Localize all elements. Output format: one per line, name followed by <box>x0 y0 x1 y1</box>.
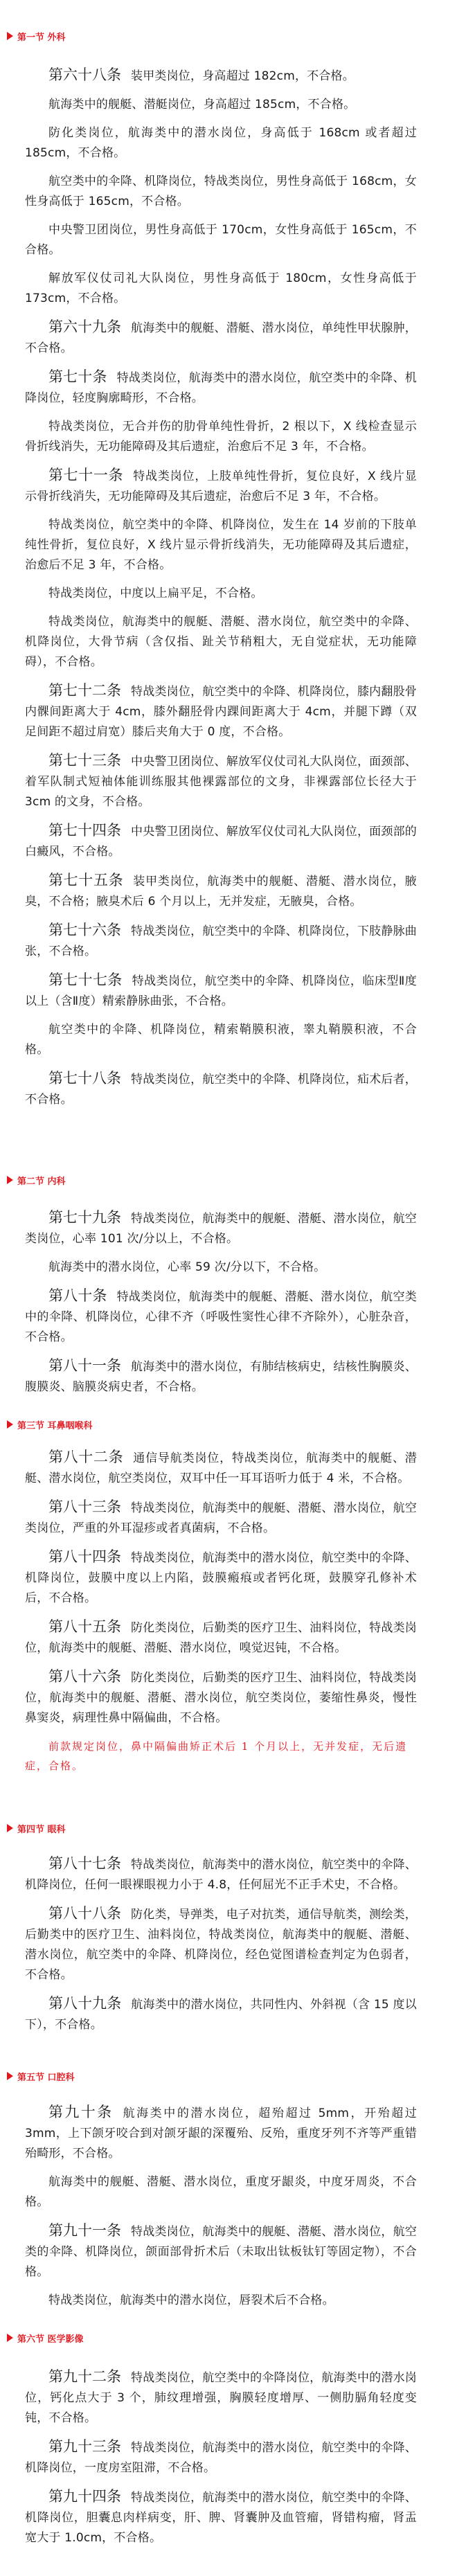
highlighted-note: 前款规定岗位，鼻中隔偏曲矫正术后 1 个月以上，无并发症，无后遗症，合格。 <box>25 1737 417 1776</box>
article-paragraph: 第八十八条防化类，导弹类，电子对抗类，通信导航类，测绘类，后勤类中的医疗卫生、油… <box>25 1904 417 1985</box>
article-number: 第八十七条 <box>48 1855 121 1872</box>
clause-text: 航海类中的潜水岗位，心率 59 次/分以下，不合格。 <box>48 1260 325 1274</box>
article-number: 第八十八条 <box>48 1905 121 1922</box>
article-number: 第八十条 <box>48 1287 107 1304</box>
section-heading: 第一节 外科 <box>7 29 66 43</box>
section-body: 第七十九条特战类岗位，航海类中的舰艇、潜艇、潜水岗位，航空类岗位，心率 101 … <box>25 1208 417 1406</box>
article-paragraph: 第八十条特战类岗位，航海类中的舰艇、潜艇、潜水岗位，航空类中的伞降、机降岗位，心… <box>25 1286 417 1348</box>
section-body: 第九十条航海类中的潜水岗位，超殆超过 5mm，开殆超过 3mm，上下颌牙咬合到对… <box>25 2102 417 2319</box>
clause-paragraph: 航海类中的舰艇、潜艇、潜水岗位，重度牙龈炎，中度牙周炎，不合格。 <box>25 2172 417 2212</box>
article-number: 第七十七条 <box>48 972 123 988</box>
article-number: 第七十五条 <box>48 872 123 888</box>
article-paragraph: 第六十八条装甲类岗位，身高超过 182cm，不合格。 <box>25 65 417 87</box>
article-paragraph: 第九十二条特战类岗位，航空类中的伞降岗位，航海类中的潜水岗位，钙化点大于 3 个… <box>25 2367 417 2429</box>
article-number: 第九十三条 <box>48 2438 121 2455</box>
triangle-bullet-icon <box>7 1824 13 1832</box>
article-paragraph: 第七十一条特战类岗位，上肢单纯性骨折，复位良好，X 线片显示骨折线消失，无功能障… <box>25 465 417 507</box>
section-body: 第六十八条装甲类岗位，身高超过 182cm，不合格。航海类中的舰艇、潜艇岗位，身… <box>25 65 417 1118</box>
article-paragraph: 第七十条特战类岗位，航海类中的潜水岗位，航空类中的伞降、机降岗位，轻度胸廓畸形，… <box>25 367 417 409</box>
clause-paragraph: 特战类岗位，无合并伤的肋骨单纯性骨折，2 根以下，X 线检查显示骨折线消失，无功… <box>25 417 417 457</box>
section-heading: 第二节 内科 <box>7 1173 66 1187</box>
article-number: 第七十八条 <box>48 1070 121 1086</box>
article-paragraph: 第七十三条中央警卫团岗位、解放军仪仗司礼大队岗位，面颈部、着军队制式短袖体能训练… <box>25 751 417 812</box>
article-paragraph: 第七十六条特战类岗位，航空类中的伞降、机降岗位，下肢静脉曲张，不合格。 <box>25 920 417 962</box>
triangle-bullet-icon <box>7 2334 13 2342</box>
triangle-bullet-icon <box>7 1420 13 1429</box>
article-number: 第八十一条 <box>48 1357 121 1374</box>
clause-text: 航空类中的伞降、机降岗位，特战类岗位，男性身高低于 168cm，女性身高低于 1… <box>25 175 417 208</box>
clause-paragraph: 解放军仪仗司礼大队岗位，男性身高低于 180cm，女性身高低于 173cm，不合… <box>25 269 417 309</box>
clause-text: 航海类中的舰艇、潜艇、潜水岗位，重度牙龈炎，中度牙周炎，不合格。 <box>25 2175 417 2209</box>
article-number: 第八十四条 <box>48 1548 121 1565</box>
clause-text: 特战类岗位，无合并伤的肋骨单纯性骨折，2 根以下，X 线检查显示骨折线消失，无功… <box>25 420 417 454</box>
section-heading: 第六节 医学影像 <box>7 2331 84 2345</box>
clause-text: 解放军仪仗司礼大队岗位，男性身高低于 180cm，女性身高低于 173cm，不合… <box>25 271 417 305</box>
article-paragraph: 第八十七条特战类岗位，航海类中的潜水岗位，航空类中的伞降、机降岗位，任何一眼裸眼… <box>25 1854 417 1895</box>
section-title: 第二节 内科 <box>17 1174 66 1187</box>
article-paragraph: 第八十三条特战类岗位，航海类中的舰艇、潜艇、潜水岗位，航空类岗位，严重的外耳湿疹… <box>25 1497 417 1539</box>
section-body: 第八十二条通信导航类岗位，特战类岗位，航海类中的舰艇、潜艇、潜水岗位，航空类岗位… <box>25 1447 417 1776</box>
clause-text: 中央警卫团岗位，男性身高低于 170cm，女性身高低于 165cm，不合格。 <box>25 223 417 257</box>
clause-text: 特战类岗位，航海类中的舰艇、潜艇、潜水岗位，航空类中的伞降、机降岗位，大骨节病（… <box>25 615 417 669</box>
article-number: 第七十六条 <box>48 922 121 938</box>
clause-paragraph: 特战类岗位，中度以上扁平足，不合格。 <box>25 584 417 604</box>
section-heading: 第四节 眼科 <box>7 1821 66 1835</box>
clause-paragraph: 特战类岗位，航海类中的舰艇、潜艇、潜水岗位，航空类中的伞降、机降岗位，大骨节病（… <box>25 612 417 672</box>
article-number: 第九十二条 <box>48 2368 121 2385</box>
article-number: 第九十条 <box>48 2104 114 2120</box>
article-paragraph: 第七十九条特战类岗位，航海类中的舰艇、潜艇、潜水岗位，航空类岗位，心率 101 … <box>25 1208 417 1249</box>
clause-paragraph: 航空类中的伞降、机降岗位，精索鞘膜积液，睾丸鞘膜积液，不合格。 <box>25 1020 417 1060</box>
section-title: 第六节 医学影像 <box>17 2332 84 2345</box>
article-number: 第七十二条 <box>48 682 121 699</box>
article-number: 第八十九条 <box>48 1995 121 2012</box>
article-paragraph: 第九十一条特战类岗位，航海类中的舰艇、潜艇、潜水岗位，航空类的伞降、机降岗位，颌… <box>25 2221 417 2282</box>
section-body: 第九十二条特战类岗位，航空类中的伞降岗位，航海类中的潜水岗位，钙化点大于 3 个… <box>25 2367 417 2557</box>
clause-text: 航空类中的伞降、机降岗位，精索鞘膜积液，睾丸鞘膜积液，不合格。 <box>25 1023 417 1057</box>
article-paragraph: 第八十一条航海类中的潜水岗位，有肺结核病史，结核性胸膜炎、腹膜炎、脑膜炎病史者，… <box>25 1356 417 1397</box>
clause-paragraph: 航空类中的伞降、机降岗位，特战类岗位，男性身高低于 168cm，女性身高低于 1… <box>25 172 417 212</box>
article-number: 第六十八条 <box>48 66 121 83</box>
article-paragraph: 第九十条航海类中的潜水岗位，超殆超过 5mm，开殆超过 3mm，上下颌牙咬合到对… <box>25 2102 417 2164</box>
section-title: 第一节 外科 <box>17 30 66 43</box>
clause-paragraph: 特战类岗位，航海类中的潜水岗位，唇裂术后不合格。 <box>25 2291 417 2311</box>
article-number: 第九十四条 <box>48 2488 121 2505</box>
article-number: 第九十一条 <box>48 2222 121 2239</box>
triangle-bullet-icon <box>7 2072 13 2080</box>
article-paragraph: 第七十七条特战类岗位，航空类中的伞降、机降岗位，临床型Ⅱ度以上（含Ⅱ度）精索静脉… <box>25 970 417 1012</box>
clause-paragraph: 航海类中的潜水岗位，心率 59 次/分以下，不合格。 <box>25 1258 417 1278</box>
article-paragraph: 第八十九条航海类中的潜水岗位，共同性内、外斜视（含 15 度以下），不合格。 <box>25 1994 417 2035</box>
article-number: 第八十六条 <box>48 1668 121 1685</box>
article-paragraph: 第七十八条特战类岗位，航空类中的伞降、机降岗位，疝术后者，不合格。 <box>25 1068 417 1110</box>
article-paragraph: 第九十三条特战类岗位，航海类中的潜水岗位，航空类中的伞降、机降岗位，一度房室阻滞… <box>25 2437 417 2478</box>
article-paragraph: 第八十四条特战类岗位，航海类中的潜水岗位，航空类中的伞降、机降岗位，鼓膜中度以上… <box>25 1547 417 1609</box>
clause-text: 航海类中的舰艇、潜艇岗位，身高超过 185cm，不合格。 <box>48 98 355 111</box>
clause-text: 特战类岗位，航海类中的潜水岗位，唇裂术后不合格。 <box>48 2293 334 2307</box>
clause-text: 防化类岗位，航海类中的潜水岗位，身高低于 168cm 或者超过 185cm，不合… <box>25 126 417 160</box>
clause-paragraph: 中央警卫团岗位，男性身高低于 170cm，女性身高低于 165cm，不合格。 <box>25 220 417 260</box>
article-number: 第七十九条 <box>48 1209 121 1226</box>
article-number: 第七十三条 <box>48 752 121 769</box>
article-paragraph: 第六十九条航海类中的舰艇、潜艇、潜水岗位，单纯性甲状腺肿，不合格。 <box>25 317 417 359</box>
article-paragraph: 第七十四条中央警卫团岗位、解放军仪仗司礼大队岗位，面颈部的白癜风，不合格。 <box>25 821 417 862</box>
article-paragraph: 第八十六条防化类岗位，后勤类的医疗卫生、油料岗位，特战类岗位，航海类中的舰艇、潜… <box>25 1667 417 1728</box>
clause-text: 装甲类岗位，身高超过 182cm，不合格。 <box>131 69 355 83</box>
article-number: 第八十二条 <box>48 1449 123 1465</box>
article-paragraph: 第八十五条防化类岗位，后勤类的医疗卫生、油料岗位，特战类岗位，航海类中的舰艇、潜… <box>25 1617 417 1658</box>
triangle-bullet-icon <box>7 32 13 40</box>
clause-paragraph: 航海类中的舰艇、潜艇岗位，身高超过 185cm，不合格。 <box>25 95 417 115</box>
article-number: 第七十四条 <box>48 822 121 839</box>
section-body: 第八十七条特战类岗位，航海类中的潜水岗位，航空类中的伞降、机降岗位，任何一眼裸眼… <box>25 1854 417 2043</box>
section-heading: 第五节 口腔科 <box>7 2069 75 2083</box>
article-paragraph: 第九十四条特战类岗位，航海类中的潜水岗位，航空类中的伞降、机降岗位，胆囊息肉样病… <box>25 2487 417 2548</box>
section-title: 第五节 口腔科 <box>17 2070 75 2083</box>
article-number: 第七十条 <box>48 368 107 385</box>
section-title: 第四节 眼科 <box>17 1822 66 1835</box>
article-paragraph: 第八十二条通信导航类岗位，特战类岗位，航海类中的舰艇、潜艇、潜水岗位，航空类岗位… <box>25 1447 417 1489</box>
clause-text: 特战类岗位，航空类中的伞降、机降岗位，发生在 14 岁前的下肢单纯性骨折，复位良… <box>25 518 417 572</box>
article-number: 第八十五条 <box>48 1618 121 1635</box>
clause-text: 特战类岗位，中度以上扁平足，不合格。 <box>48 587 263 600</box>
clause-paragraph: 防化类岗位，航海类中的潜水岗位，身高低于 168cm 或者超过 185cm，不合… <box>25 123 417 163</box>
triangle-bullet-icon <box>7 1176 13 1184</box>
article-number: 第八十三条 <box>48 1499 121 1515</box>
article-number: 第七十一条 <box>48 467 123 483</box>
section-title: 第三节 耳鼻咽喉科 <box>17 1418 93 1431</box>
article-number: 第六十九条 <box>48 319 121 335</box>
article-paragraph: 第七十五条装甲类岗位，航海类中的舰艇、潜艇、潜水岗位，腋臭，不合格；腋臭术后 6… <box>25 870 417 912</box>
section-heading: 第三节 耳鼻咽喉科 <box>7 1417 93 1431</box>
clause-paragraph: 特战类岗位，航空类中的伞降、机降岗位，发生在 14 岁前的下肢单纯性骨折，复位良… <box>25 515 417 575</box>
article-paragraph: 第七十二条特战类岗位，航空类中的伞降、机降岗位，膝内翻股骨内髁间距离大于 4cm… <box>25 681 417 742</box>
